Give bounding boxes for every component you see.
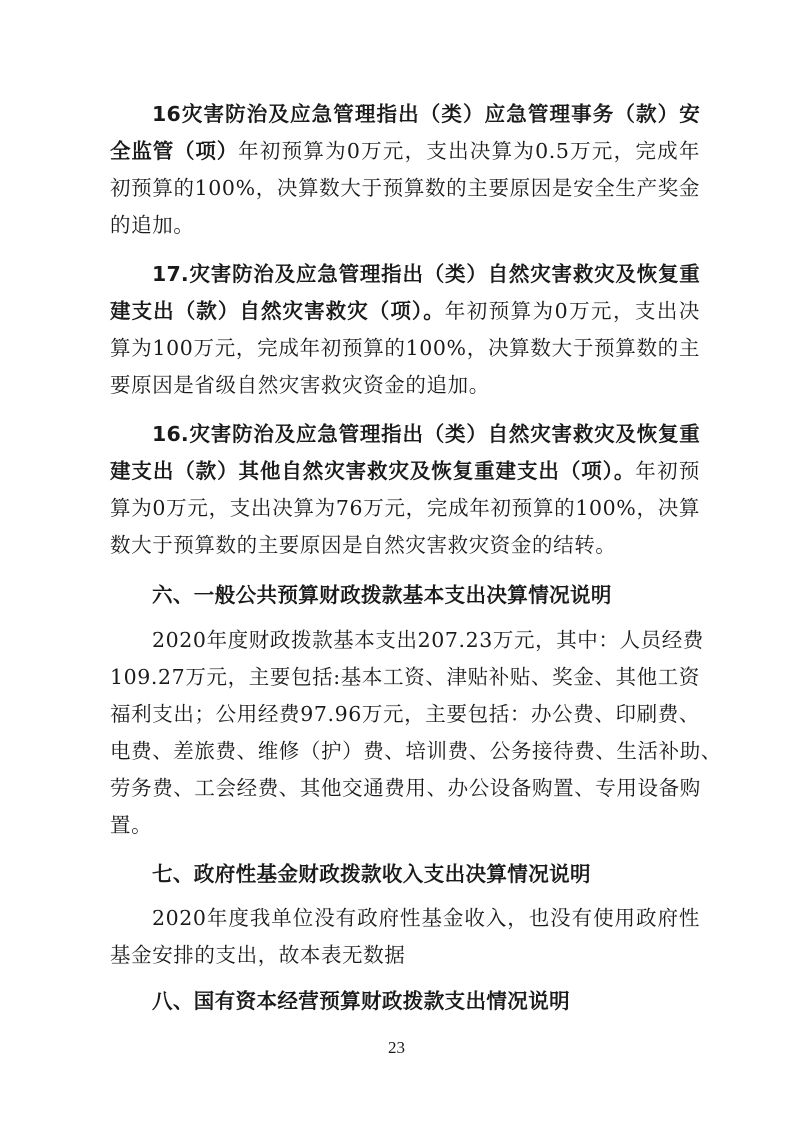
item-16a-text-2: 初预算的100%，决算数大于预算数的主要原因是安全生产奖金 xyxy=(110,176,700,200)
item-17-line-1: 17.灾害防治及应急管理指出（类）自然灾害救灾及恢复重 xyxy=(152,256,700,293)
item-16a-line-2: 全监管（项）年初预算为0万元，支出决算为0.5万元，完成年 xyxy=(110,133,700,170)
item-16a-line-4: 的追加。 xyxy=(110,207,700,244)
item-16a-text-1: 年初预算为0万元，支出决算为0.5万元，完成年 xyxy=(238,139,700,163)
item-16b-line-3: 算为0万元，支出决算为76万元，完成年初预算的100%，决算 xyxy=(110,490,700,527)
item-16b-line-1: 16.灾害防治及应急管理指出（类）自然灾害救灾及恢复重 xyxy=(152,416,700,453)
para-7-line-1: 2020年度我单位没有政府性基金收入，也没有使用政府性 xyxy=(152,900,700,937)
item-16a-line-1: 16灾害防治及应急管理指出（类）应急管理事务（款）安 xyxy=(152,96,700,133)
item-17-text-2: 算为100万元，完成年初预算的100%，决算数大于预算数的主 xyxy=(110,336,700,360)
item-16a-title-part1: 16灾害防治及应急管理指出（类）应急管理事务（款）安 xyxy=(152,102,700,126)
para-6-line-4: 电费、差旅费、维修（护）费、培训费、公务接待费、生活补助、 xyxy=(110,733,700,770)
heading-section-7: 七、政府性基金财政拨款收入支出决算情况说明 xyxy=(152,856,700,893)
item-16a-text-3: 的追加。 xyxy=(110,213,194,237)
para-6-line-5: 劳务费、工会经费、其他交通费用、办公设备购置、专用设备购 xyxy=(110,770,700,807)
item-17-title-part1: 17.灾害防治及应急管理指出（类）自然灾害救灾及恢复重 xyxy=(152,262,700,286)
item-17-title-part2: 建支出（款）自然灾害救灾（项）。 xyxy=(110,299,445,323)
item-16b-text-1: 年初预 xyxy=(635,459,700,483)
item-17-line-3: 算为100万元，完成年初预算的100%，决算数大于预算数的主 xyxy=(110,330,700,367)
item-16b-title-part1: 16.灾害防治及应急管理指出（类）自然灾害救灾及恢复重 xyxy=(152,422,700,446)
heading-section-8: 八、国有资本经营预算财政拨款支出情况说明 xyxy=(152,983,700,1020)
item-17-line-4: 要原因是省级自然灾害救灾资金的追加。 xyxy=(110,367,700,404)
item-16a-line-3: 初预算的100%，决算数大于预算数的主要原因是安全生产奖金 xyxy=(110,170,700,207)
heading-section-6: 六、一般公共预算财政拨款基本支出决算情况说明 xyxy=(152,577,700,614)
item-17-text-3: 要原因是省级自然灾害救灾资金的追加。 xyxy=(110,373,490,397)
item-16b-line-2: 建支出（款）其他自然灾害救灾及恢复重建支出（项）。年初预 xyxy=(110,453,700,490)
item-16b-text-2: 算为0万元，支出决算为76万元，完成年初预算的100%，决算 xyxy=(110,496,700,520)
item-17-line-2: 建支出（款）自然灾害救灾（项）。年初预算为0万元，支出决 xyxy=(110,293,700,330)
item-16b-title-part2: 建支出（款）其他自然灾害救灾及恢复重建支出（项）。 xyxy=(110,459,635,483)
item-16a-title-part2: 全监管（项） xyxy=(110,139,238,163)
page-number: 23 xyxy=(0,1038,793,1058)
item-17-text-1: 年初预算为0万元，支出决 xyxy=(445,299,700,323)
para-7-line-2: 基金安排的支出，故本表无数据 xyxy=(110,937,700,974)
para-6-line-3: 福利支出；公用经费97.96万元，主要包括：办公费、印刷费、 xyxy=(110,696,700,733)
para-6-line-6: 置。 xyxy=(110,807,700,844)
item-16b-text-3: 数大于预算数的主要原因是自然灾害救灾资金的结转。 xyxy=(110,533,616,557)
item-16b-line-4: 数大于预算数的主要原因是自然灾害救灾资金的结转。 xyxy=(110,527,700,564)
para-6-line-1: 2020年度财政拨款基本支出207.23万元，其中：人员经费 xyxy=(152,622,700,659)
para-6-line-2: 109.27万元，主要包括:基本工资、津贴补贴、奖金、其他工资 xyxy=(110,659,700,696)
